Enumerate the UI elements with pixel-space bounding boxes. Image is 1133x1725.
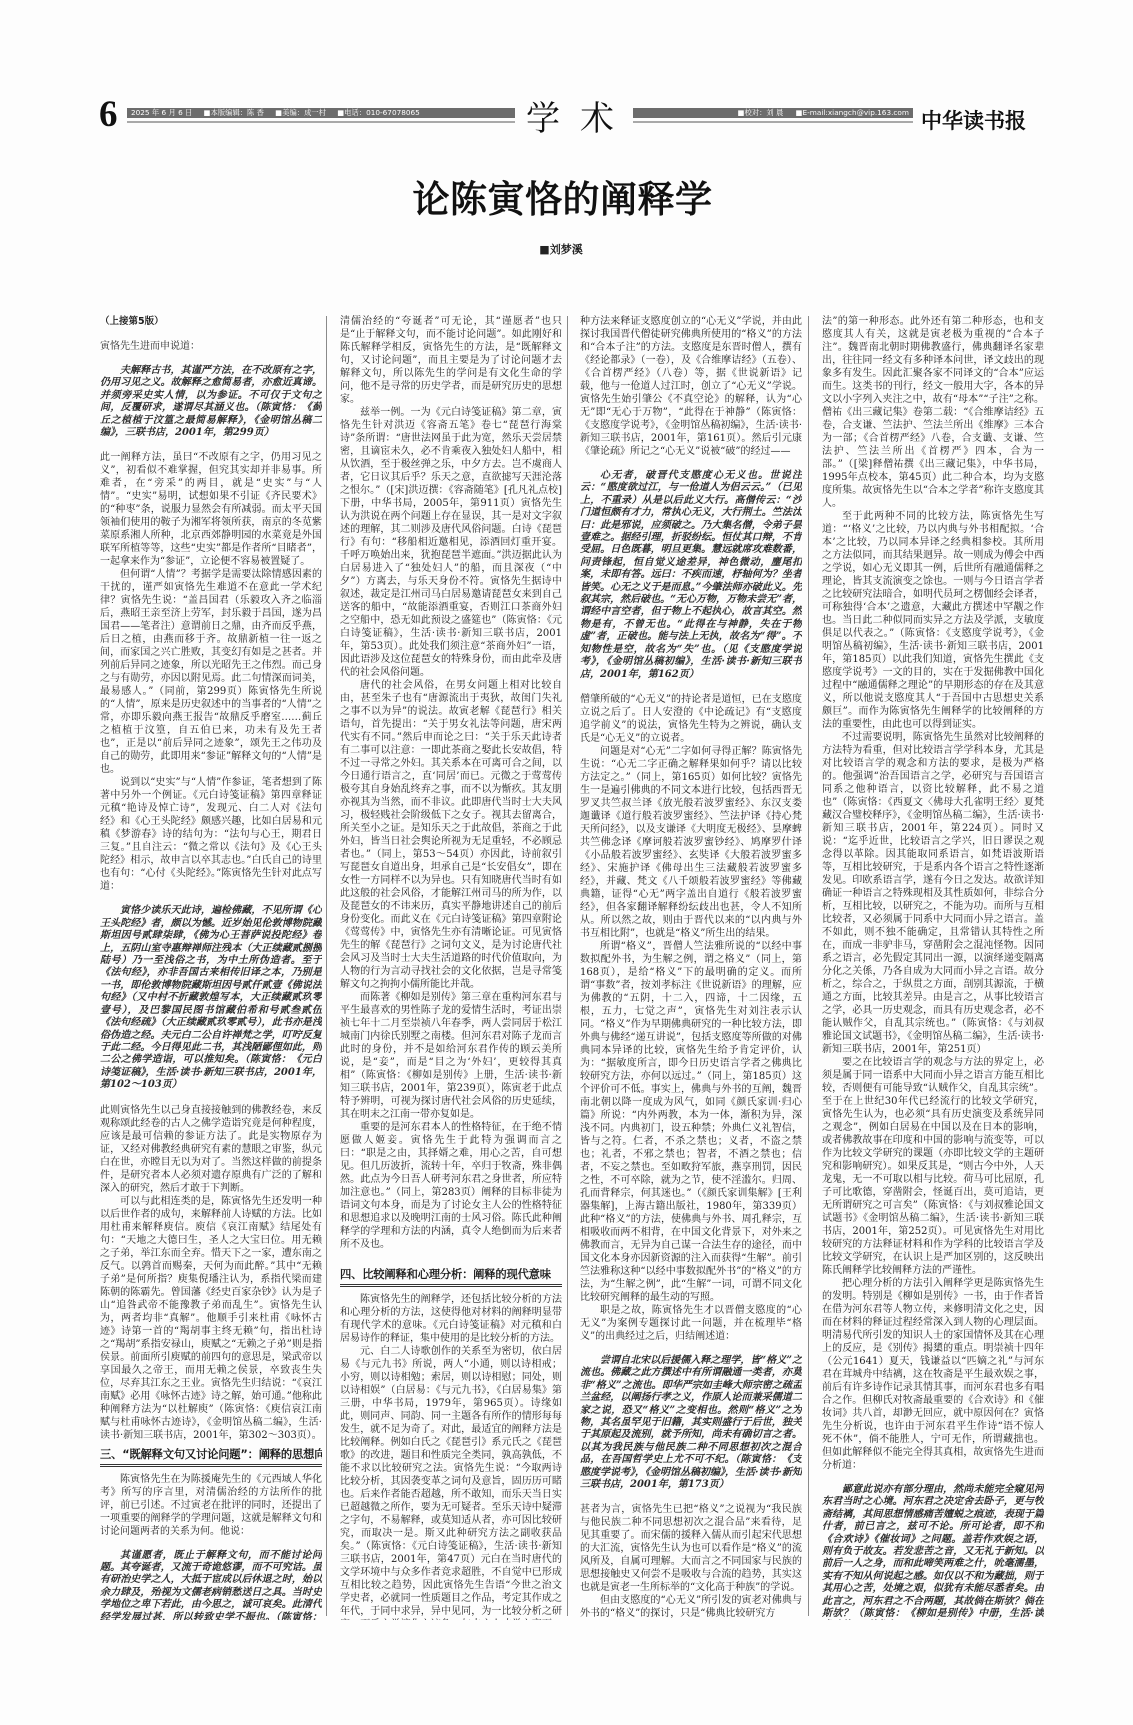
paragraph: 陈寅恪先生在为陈援庵先生的《元西域人华化考》所写的序言里，对清儒治经的方法所作的…: [100, 1473, 322, 1538]
section-heading-3: 三、“既解释文句又讨论问题”：阐释的思想向度: [100, 1447, 322, 1467]
paragraph: 可以与此相连类的是，陈寅恪先生还发明一种以后世作者的成句，来解释前人诗赋的方法。…: [100, 1195, 322, 1442]
paragraph: 此则寅恪先生以己身直接接触到的佛教经卷，来反观称颂此经卷的古人之佛学造诣究竟是何…: [100, 1104, 322, 1195]
block-quote: 夫解释古书，其谨严方法，在不改原有之字，仍用习见之义。故解释之愈简易者，亦愈近真…: [100, 365, 322, 439]
block-quote: 其谨愿者，既止于解释文句，而不能讨论问题。其夸诞者，又流于奇诡悠谬，而不可究诘。…: [100, 1550, 322, 1620]
paragraph: 说到以“史实”与“人情”作参证，笔者想到了陈著中另外一个例证。《元白诗笺证稿》第…: [100, 776, 322, 893]
section-heading-4: 四、比较阐释和心理分析：阐释的现代意味: [340, 1267, 562, 1287]
paragraph: 把心理分析的方法引入阐释学更是陈寅恪先生的发明。特别是《柳如是别传》一书，由于作…: [822, 1277, 1044, 1472]
column-divider: [567, 316, 568, 1616]
header-info-bar-left: 2025 年 6 月 6 日 ■本版编辑：陈 香 ■美编：成一村 ■电话：010…: [127, 108, 515, 118]
header-rule-right: [633, 121, 913, 123]
paragraph: 要之在比较语言学的观念与方法的界定上，必须是属于同一语系中大同而小异之语言方能互…: [822, 1056, 1044, 1277]
block-quote: 鄙意此说亦有部分理由，然尚未能完全窥见河东君当时之心境。河东君之决定舍去卧子，更…: [822, 1484, 1044, 1620]
proofreader: ■校对：刘 晨: [738, 108, 784, 117]
paragraph: 此一阐释方法，虽曰“不改原有之字，仍用习见之义”，初看似不难掌握，但究其实却并非…: [100, 451, 322, 568]
article-column-4: 法”的第一种形态。此外还有第二种形态，也和支愍度其人有关，这就是寅老极为重视的“…: [822, 315, 1044, 1620]
section-name-char-1: 学: [526, 103, 560, 137]
paragraph: 但由支愍度的“心无义”所引发的寅老对佛典与外书的“格义”的探讨，只是“佛典比较研…: [580, 1594, 802, 1620]
continued-from-note: （上接第5版）: [100, 315, 322, 328]
column-divider: [808, 316, 809, 1616]
paragraph: 种方法来释证支愍度创立的“心无义”学说，并由此探讨我国晋代僧徒研究佛典所使用的“…: [580, 315, 802, 458]
block-quote: 寅恪少读乐天此诗，遍检佛藏，不见所谓《心王头陀经》者，颇以为憾。近岁始见伦敦博物…: [100, 905, 322, 1091]
paragraph: 唐代的社会风俗，在男女问题上相对比较自由，甚至朱子也有“唐源流出于夷狄，故闺门失…: [340, 679, 562, 991]
article-column-3: 种方法来释证支愍度创立的“心无义”学说，并由此探讨我国晋代僧徒研究佛典所使用的“…: [580, 315, 802, 1620]
article-column-1: （上接第5版） 寅恪先生进而申说道： 夫解释古书，其谨严方法，在不改原有之字，仍…: [100, 315, 322, 1620]
paragraph: 甚者为言，寅恪先生已把“格义”之说视为“我民族与他民族二种不同思想初次之混合品”…: [580, 1503, 802, 1594]
paragraph: 问题是对“心无”二字如何寻得正解？陈寅恪先生说：“心无二字正确之解释果如何乎？请…: [580, 745, 802, 940]
paragraph: 重要的是河东君本人的性格特征，在于绝不情愿做人姬妾。寅恪先生于此特为强调而言之曰…: [340, 1121, 562, 1251]
paragraph: 僧肇所破的“心无义”的持论者是道恒，已在支愍度立说之后了。日人安澄的《中论疏记》…: [580, 693, 802, 745]
paragraph: 不过需要说明，陈寅恪先生虽然对比较阐释的方法特为看重，但对比较语言学学科本身，尤…: [822, 731, 1044, 1056]
page-designer: ■美编：成一村: [275, 108, 326, 117]
paragraph: 清儒治经的“夸诞者”可无论，其“谨愿者”也只是“止于解释文句，而不能讨论问题”。…: [340, 315, 562, 406]
column-divider: [326, 316, 327, 1616]
section-name-char-2: 术: [580, 103, 614, 137]
block-quote: 心无者，破晋代支愍度心无义也。世说注云：“愍度欲过江，与一伧道人为侣云云。”（已…: [580, 470, 802, 681]
paragraph: 所谓“格义”，晋僧人竺法雅所说的“以经中事数拟配外书，为生解之例，谓之格义”（同…: [580, 940, 802, 1304]
contact-phone: ■电话：010-67078065: [337, 108, 420, 117]
header-rule-left: [127, 121, 515, 123]
block-quote: 尝谓自北宋以后援儒入释之理学，皆“格义”之流也。佛藏之此方撰述中有所谓融通一类者…: [580, 1355, 802, 1491]
newspaper-masthead-logo: 中华读书报: [921, 108, 1026, 134]
paragraph: 但何谓“人情”？考据学是需要汰除情感因素的干扰的，谨严如寅恪先生难道不在意此一学…: [100, 568, 322, 776]
header-info-bar-right: ■校对：刘 晨 ■E-mail:xiangch@vip.163.com: [633, 108, 913, 118]
paragraph: 法”的第一种形态。此外还有第二种形态，也和支愍度其人有关，这就是寅老极为重视的“…: [822, 315, 1044, 510]
paragraph: 至于此两种不同的比较方法，陈寅恪先生写道：“‘格义’之比较，乃以内典与外书相配拟…: [822, 510, 1044, 731]
article-title: 论陈寅恪的阐释学: [0, 176, 1125, 222]
issue-date: 2025 年 6 月 6 日: [131, 108, 192, 117]
paragraph: 元、白二人诗歌创作的关系至为密切，依白居易《与元九书》所说，两人“小通，则以诗相…: [340, 1345, 562, 1620]
article-column-2: 清儒治经的“夸诞者”可无论，其“谨愿者”也只是“止于解释文句，而不能讨论问题”。…: [340, 315, 562, 1620]
paragraph: 陈寅恪先生的阐释学，还包括比较分析的方法和心理分析的方法，这使得他对材料的阐释明…: [340, 1293, 562, 1345]
paragraph: 寅恪先生进而申说道：: [100, 340, 322, 353]
page-number: 6: [99, 95, 118, 135]
contact-email: ■E-mail:xiangch@vip.163.com: [796, 108, 909, 117]
paragraph: 而陈著《柳如是别传》第三章在重构河东君与平生最喜欢的男性陈子龙的爱情生活时，考证…: [340, 991, 562, 1121]
paragraph: 职是之故，陈寅恪先生才以晋僧支愍度的“心无义”为案例专题探讨此一问题，并在梳理毕…: [580, 1304, 802, 1343]
article-author: ■刘梦溪: [0, 241, 1122, 257]
paragraph: 兹举一例。一为《元白诗笺证稿》第二章，寅恪先生针对洪迈《容斋五笔》卷七“琵琶行海…: [340, 406, 562, 679]
page-editor: ■本版编辑：陈 香: [204, 108, 264, 117]
